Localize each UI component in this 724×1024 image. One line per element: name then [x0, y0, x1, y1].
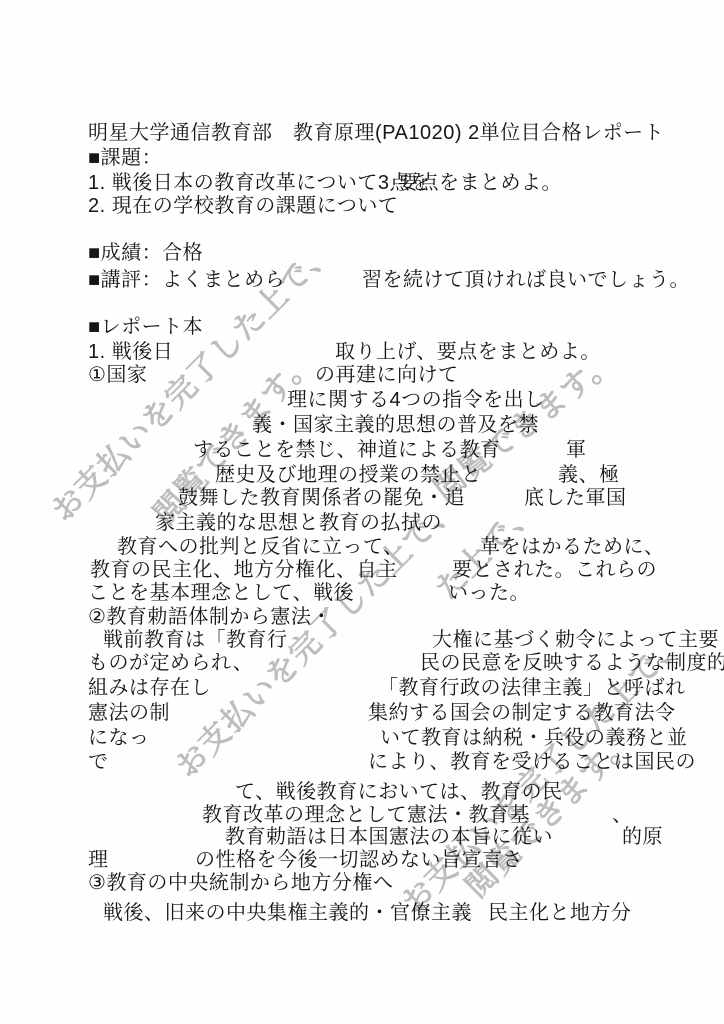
- document-text-fragment: 革をはかるために、: [480, 537, 665, 557]
- document-text-fragment: の性格を今後一切認めない旨宣言さ: [195, 850, 523, 870]
- document-text-fragment: 民主化と地方分: [488, 903, 632, 923]
- document-text-fragment: 「教育行政の法律主義」と呼ばれ: [378, 678, 686, 698]
- document-text-fragment: になっ: [88, 728, 150, 748]
- document-text-fragment: 理: [88, 850, 109, 870]
- report-document-page: お支払いを完了した上で、閲覧できます。閲覧できます。た上で、お支払いを完了した上…: [0, 0, 724, 1024]
- document-text-fragment: 教育の民主化、地方分権化、自主: [90, 560, 398, 580]
- document-text-fragment: いて教育は納税・兵役の義務と並: [380, 728, 688, 748]
- document-text-fragment: 民の民意を反映するような制度的: [420, 653, 724, 673]
- document-text-fragment: 的原: [622, 827, 663, 847]
- document-text-fragment: 教育改革の理念として憲法・教育基: [202, 805, 530, 825]
- document-text-fragment: 義、極: [558, 465, 620, 485]
- document-text-fragment: 理に関する4つの指令を出し: [287, 390, 545, 410]
- document-text-fragment: ものが定められ、: [88, 653, 253, 673]
- document-text-fragment: 1. 戦後日本の教育改革について3点を: [88, 173, 430, 193]
- document-text-fragment: 集約する国会の制定する教育法令: [368, 703, 676, 723]
- document-text-fragment: 憲法の制: [88, 703, 170, 723]
- document-text-fragment: 鼓舞した教育関係者の罷免・追: [178, 488, 465, 508]
- document-text-fragment: 義・国家主義的思想の普及を禁: [252, 415, 539, 435]
- document-text-layer: 明星大学通信教育部 教育原理(PA1020) 2単位目合格レポート■課題：1. …: [0, 0, 724, 1024]
- document-text-fragment: ■成績：合格: [88, 243, 203, 263]
- document-text-fragment: ①国家: [88, 365, 147, 385]
- document-text-fragment: ③教育の中央統制から地方分権へ: [88, 873, 393, 893]
- document-text-fragment: により、教育を受けることは国民の: [368, 752, 696, 772]
- document-text-fragment: 戦前教育は「教育行: [103, 630, 288, 650]
- document-text-fragment: 、: [612, 805, 633, 825]
- document-text-fragment: 家主義的な思想と教育の払拭の: [155, 513, 442, 533]
- document-text-fragment: 要点をまとめよ。: [398, 173, 562, 193]
- document-text-fragment: 戦後、旧来の中央集権主義的・官僚主義: [103, 903, 472, 923]
- document-text-fragment: 1. 戦後日: [88, 342, 173, 362]
- document-text-fragment: ②教育勅語体制から憲法・: [88, 607, 332, 627]
- document-text-fragment: 明星大学通信教育部 教育原理(PA1020) 2単位目合格レポート: [88, 123, 664, 143]
- document-text-fragment: 2. 現在の学校教育の課題について: [88, 196, 398, 216]
- document-text-fragment: 取り上げ、要点をまとめよ。: [335, 342, 601, 362]
- document-text-fragment: ■レポート本: [88, 317, 203, 337]
- document-text-fragment: の再建に向けて: [315, 365, 459, 385]
- document-text-fragment: て、戦後教育においては、教育の民: [235, 782, 563, 802]
- document-text-fragment: 要とされた。これらの: [452, 560, 657, 580]
- document-text-fragment: で: [88, 752, 109, 772]
- document-text-fragment: 組みは存在し: [88, 678, 211, 698]
- document-text-fragment: 大権に基づく勅令によって主要: [432, 630, 719, 650]
- document-text-fragment: いった。: [448, 583, 530, 603]
- document-text-fragment: 教育への批判と反省に立って、: [117, 537, 404, 557]
- document-text-fragment: 教育勅語は日本国憲法の本旨に従い: [225, 827, 553, 847]
- document-text-fragment: することを禁じ、神道による教育: [193, 440, 501, 460]
- document-text-fragment: 軍: [566, 440, 587, 460]
- document-text-fragment: ■課題：: [88, 148, 162, 168]
- document-text-fragment: 習を続けて頂ければ良いでしょう。: [362, 270, 690, 290]
- document-text-fragment: 歴史及び地理の授業の禁止と: [215, 465, 482, 485]
- document-text-fragment: ことを基本理念として、戦後: [88, 583, 354, 603]
- document-text-fragment: 底した軍国: [524, 488, 627, 508]
- document-text-fragment: ■講評：よくまとめら: [88, 270, 285, 290]
